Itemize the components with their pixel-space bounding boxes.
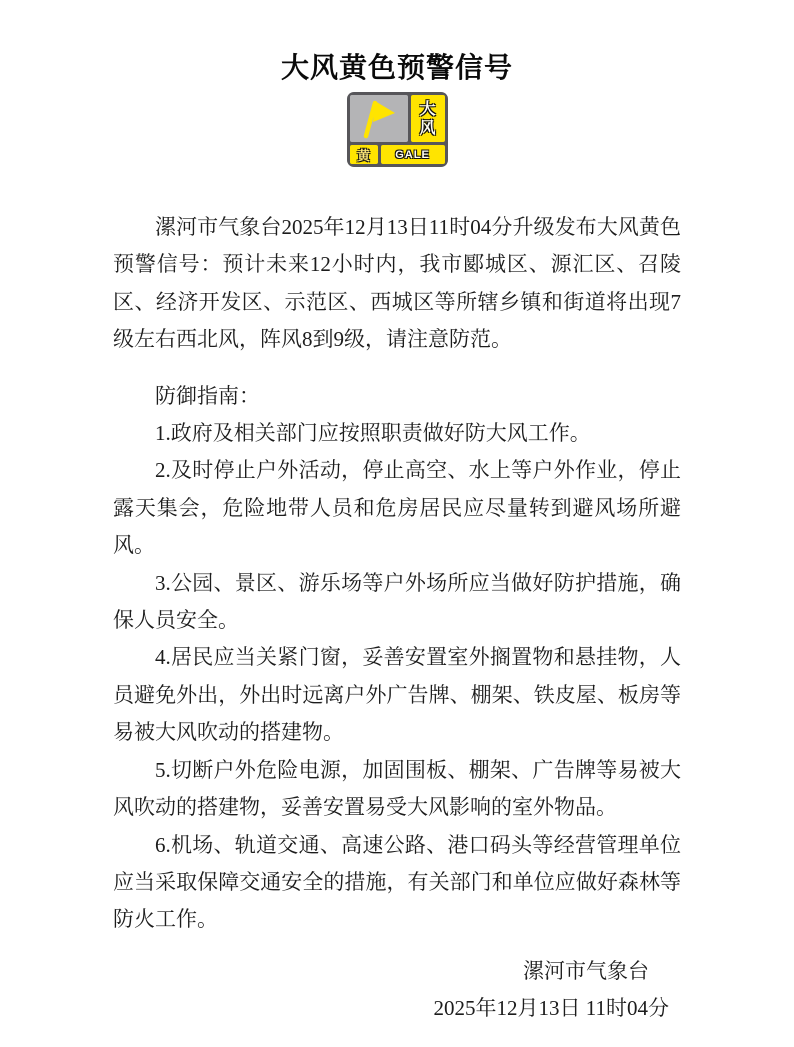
warning-level-cell: 黄 (350, 145, 378, 164)
guide-item-1: 1.政府及相关部门应按照职责做好防大风工作。 (113, 415, 681, 452)
warning-notice-page: 大风黄色预警信号 大 风 黄 GALE 漯河市气象台2025年12月13日11时… (0, 0, 794, 1047)
guide-item-5: 5.切断户外危险电源，加固围板、棚架、广告牌等易被大风吹动的搭建物，妥善安置易受… (113, 752, 681, 827)
flag-cell (350, 95, 408, 142)
guide-item-4: 4.居民应当关紧门窗，妥善安置室外搁置物和悬挂物，人员避免外出，外出时远离户外广… (113, 639, 681, 751)
signature-block: 漯河市气象台 2025年12月13日 11时04分 (113, 953, 681, 1028)
yellow-flag-icon (350, 95, 408, 142)
badge-bottom-row: 黄 GALE (350, 145, 445, 164)
guide-heading: 防御指南： (113, 378, 681, 415)
page-title: 大风黄色预警信号 (0, 0, 794, 86)
issuer-signature: 漯河市气象台 (113, 953, 681, 990)
guide-item-2: 2.及时停止户外活动，停止高空、水上等户外作业，停止露天集会，危险地带人员和危房… (113, 452, 681, 564)
intro-paragraph: 漯河市气象台2025年12月13日11时04分升级发布大风黄色预警信号：预计未来… (113, 209, 681, 359)
badge-top-row: 大 风 (350, 95, 445, 142)
warning-type-en-cell: GALE (381, 145, 445, 164)
gale-yellow-warning-badge: 大 风 黄 GALE (347, 92, 448, 167)
warning-type-char-1: 大 (419, 100, 435, 119)
guide-item-3: 3.公园、景区、游乐场等户外场所应当做好防护措施，确保人员安全。 (113, 565, 681, 640)
issue-datetime: 2025年12月13日 11时04分 (113, 990, 681, 1027)
warning-type-char-2: 风 (419, 119, 435, 138)
notice-body: 漯河市气象台2025年12月13日11时04分升级发布大风黄色预警信号：预计未来… (113, 209, 681, 1028)
warning-type-cell: 大 风 (411, 95, 445, 142)
guide-item-6: 6.机场、轨道交通、高速公路、港口码头等经营管理单位应当采取保障交通安全的措施，… (113, 827, 681, 939)
